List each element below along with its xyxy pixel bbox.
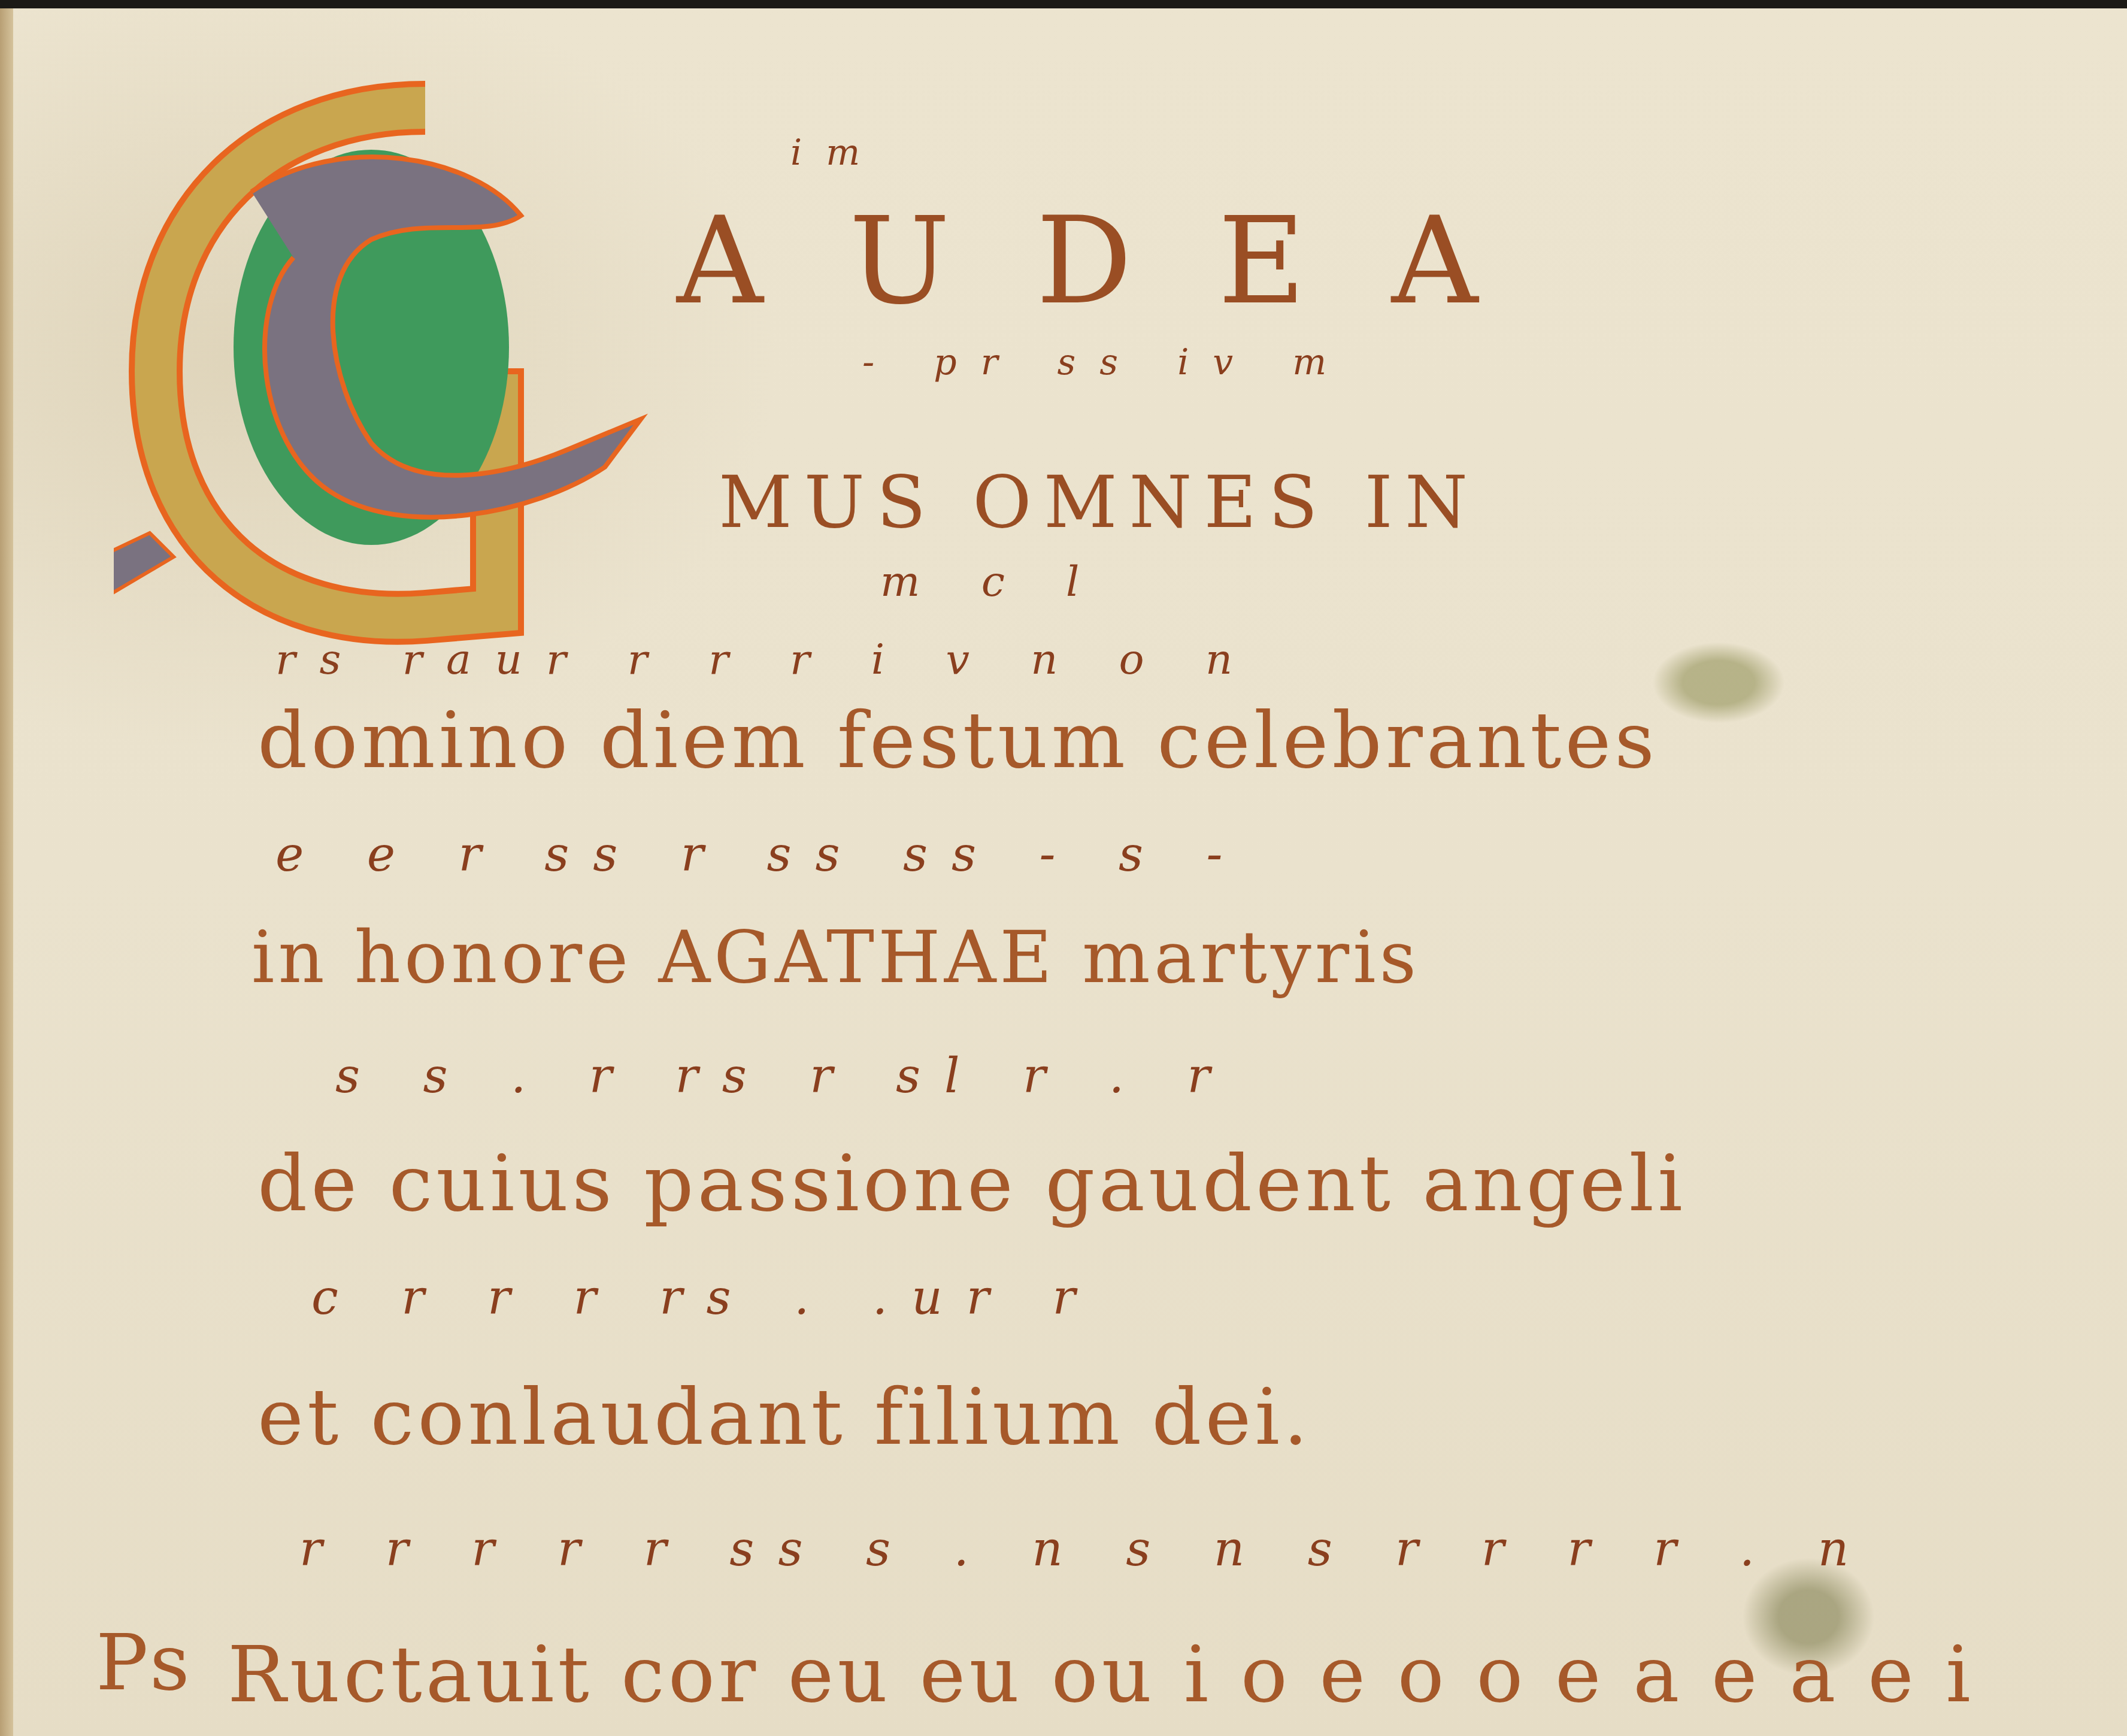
neume-row: c r r r rs . .ur r: [311, 1270, 1099, 1325]
neume-row: s s . r rs r sl r . r: [335, 1048, 1234, 1104]
neume-row: m c l: [880, 557, 1103, 606]
text-line-et-conlaudant: et conlaudant filium dei.: [257, 1371, 1311, 1462]
manuscript-page: im A U D E A - pr ss iv m MUS OMNES IN m…: [0, 0, 2127, 1736]
text-line-ructauit: Ructauit cor eu eu ou i o e o o e a e a …: [228, 1629, 1974, 1720]
text-line-de-cuius: de cuius passione gaudent angeli: [257, 1138, 1686, 1229]
text-line-mus-omnes-in: MUS OMNES IN: [719, 461, 1480, 544]
illuminated-initial-g-icon: [114, 60, 653, 659]
neume-row: rs raur r r r i v n o n: [275, 635, 1256, 684]
text-line-in-honore: in honore AGATHAE martyris: [252, 916, 1420, 999]
top-edge: [0, 0, 2127, 8]
text-line-domino: domino diem festum celebrantes: [257, 695, 1658, 786]
neume-row: e e r ss r ss ss - s -: [275, 826, 1246, 882]
psalm-marker: Ps: [96, 1617, 193, 1708]
book-spine-edge: [0, 0, 13, 1736]
neume-row: im: [790, 132, 884, 174]
neume-row: r r r r r ss s . n s n s r r r r . n: [299, 1521, 1873, 1577]
neume-row: - pr ss iv m: [862, 341, 1350, 383]
text-line-gaudea: A U D E A: [677, 192, 1502, 331]
